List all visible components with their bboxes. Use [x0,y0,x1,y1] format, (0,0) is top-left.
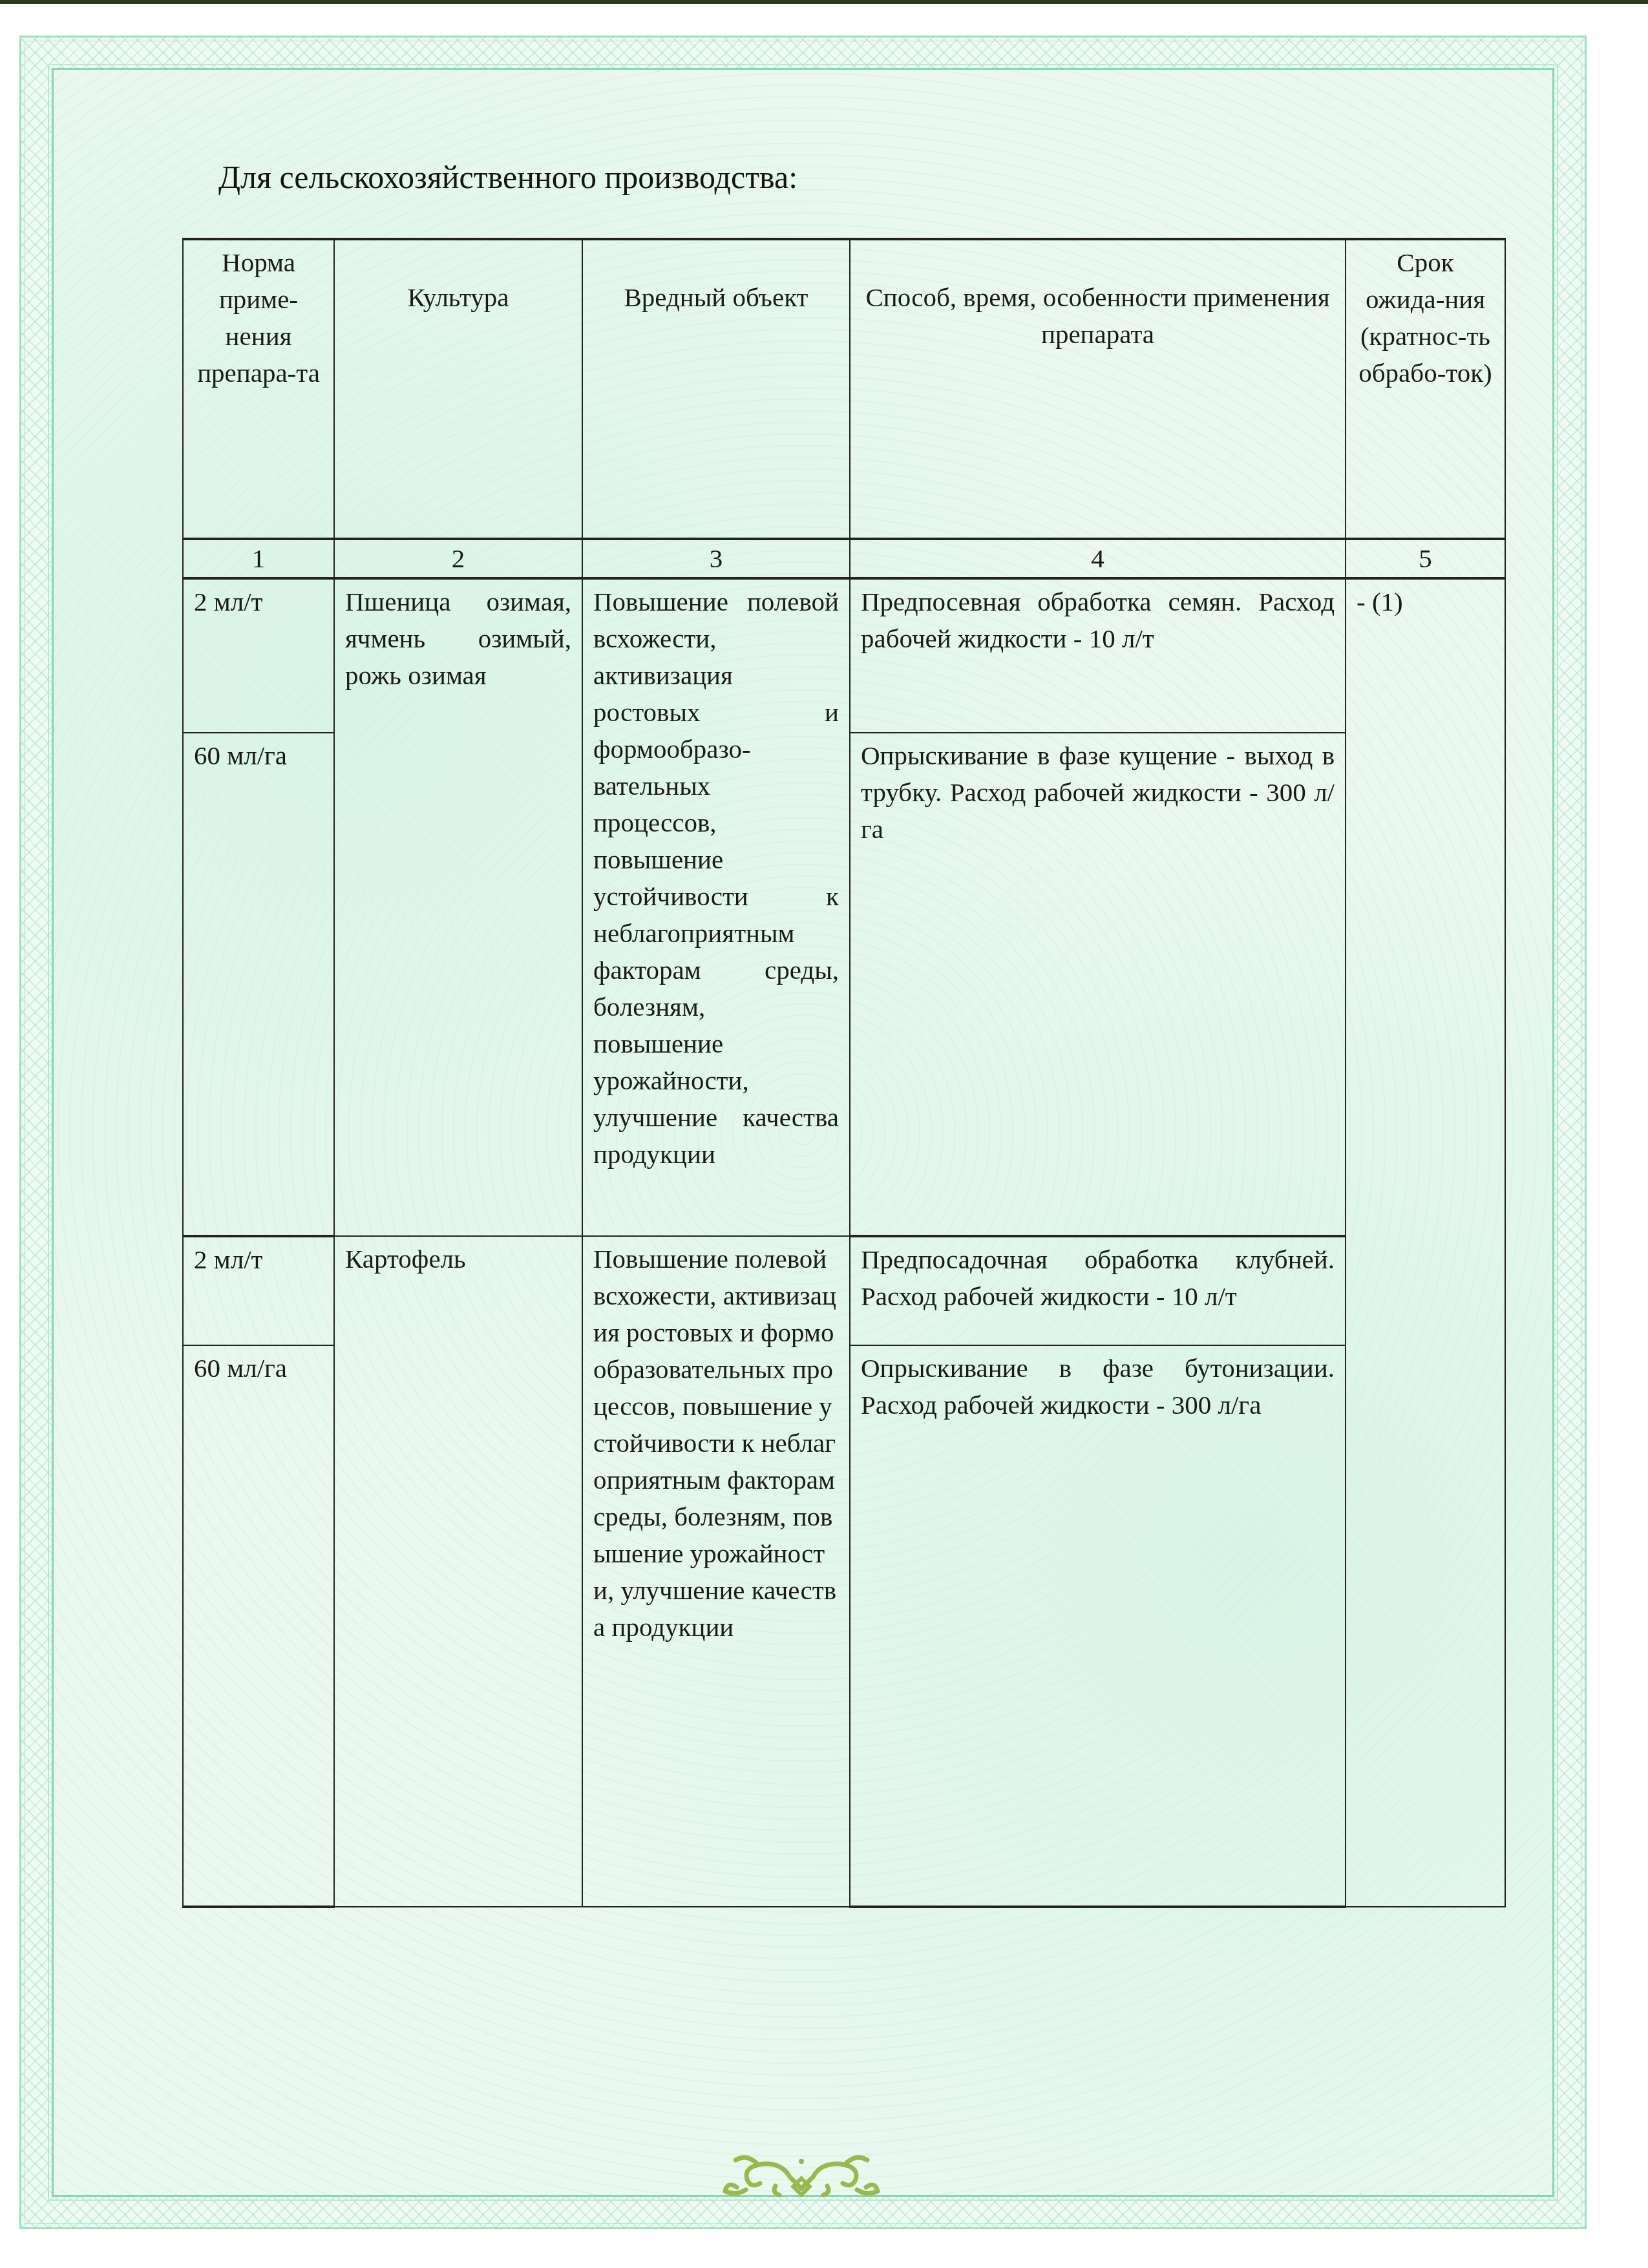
column-number: 5 [1346,539,1505,578]
column-number: 2 [334,539,582,578]
target-cell: Повышение полевой всхожести, активизация… [582,578,850,1236]
rate-cell: 60 мл/га [183,1345,334,1907]
rate-cell: 60 мл/га [183,733,334,1236]
rate-cell: 2 мл/т [183,1236,334,1345]
header-culture: Культура [334,239,582,539]
scan-edge [0,0,1648,4]
rate-cell: 2 мл/т [183,578,334,733]
header-target: Вредный объект [582,239,850,539]
header-method: Способ, время, особенности применения пр… [850,239,1346,539]
method-cell: Предпосевная обработка семян. Расход раб… [850,578,1346,733]
column-number: 3 [582,539,850,578]
method-cell: Предпосадочная обработка клубней. Расход… [850,1236,1346,1345]
table-header-row: Норма приме-нения препара-та Культура Вр… [183,239,1505,539]
table-row: 2 мл/т Пшеница озимая, ячмень озимый, ро… [183,578,1505,733]
culture-cell: Пшеница озимая, ячмень озимый, рожь озим… [334,578,582,1236]
method-cell: Опрыскивание в фазе кущение - выход в тр… [850,733,1346,1236]
culture-cell: Картофель [334,1236,582,1907]
method-cell: Опрыскивание в фазе бутонизации. Расход … [850,1345,1346,1907]
column-number: 1 [183,539,334,578]
header-waiting-period: Срок ожида-ния (кратнос-ть обрабо-ток) [1346,239,1505,539]
column-number-row: 1 2 3 4 5 [183,539,1505,578]
application-table: Норма приме-нения препара-та Культура Вр… [182,238,1506,1908]
column-number: 4 [850,539,1346,578]
header-rate: Норма приме-нения препара-та [183,239,334,539]
waiting-period-cell: - (1) [1346,578,1505,1907]
table-row: 2 мл/т Картофель Повышение полевой всхож… [183,1236,1505,1345]
floral-ornament-icon [717,2148,885,2200]
section-heading: Для сельскохозяйственного производства: [218,158,798,196]
target-cell: Повышение полевой всхожести, активизация… [582,1236,850,1907]
